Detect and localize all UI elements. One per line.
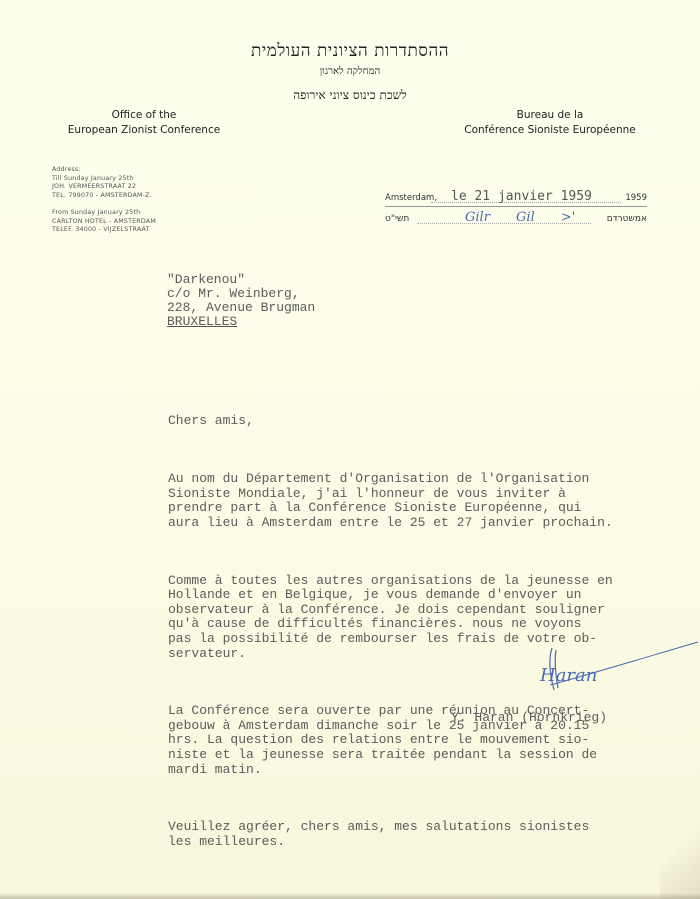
recipient-line: c/o Mr. Weinberg,: [167, 287, 315, 301]
recipient-address: "Darkenou" c/o Mr. Weinberg, 228, Avenue…: [167, 273, 315, 329]
dateline: Amsterdam, le 21 janvier 1959 1959 אמשטר…: [385, 186, 647, 227]
office-en-line-1: Office of the: [54, 108, 234, 123]
office-french-heading: Bureau de la Conférence Sioniste Europée…: [455, 108, 645, 138]
paragraph-opening: La Conférence sera ouverte par une réuni…: [168, 704, 688, 777]
address-label: Address:: [52, 166, 156, 175]
office-fr-line-1: Bureau de la: [455, 108, 645, 123]
office-english-heading: Office of the European Zionist Conferenc…: [54, 108, 234, 138]
recipient-city: BRUXELLES: [167, 315, 315, 329]
address-line: TELEF. 34000 - VIJZELSTRAAT: [52, 226, 156, 235]
handwritten-hebrew-date: Gilr Gil >': [465, 210, 575, 225]
recipient-line: "Darkenou": [167, 273, 315, 287]
handwritten-signature: Haran: [540, 665, 597, 686]
address-line: JOH. VERMEERSTRAAT 22: [52, 183, 156, 192]
hebrew-office: לשכת כינוס ציוני אירופה: [230, 88, 470, 103]
paragraph-closing: Veuillez agréer, chers amis, mes salutat…: [168, 820, 688, 849]
paragraph-observer: Comme à toutes les autres organisations …: [168, 574, 688, 662]
paragraph-invitation: Au nom du Département d'Organisation de …: [168, 472, 688, 530]
letter-page: ההסתדרות הציונית העולמית המחלקה לארגון ל…: [0, 0, 700, 899]
office-fr-line-2: Conférence Sioniste Européenne: [455, 123, 645, 138]
address-line: CARLTON HOTEL - AMSTERDAM: [52, 218, 156, 227]
hebrew-department: המחלקה לארגון: [250, 66, 450, 77]
address-line: Till Sunday January 25th: [52, 175, 156, 184]
address-line: TEL. 799070 - AMSTERDAM-Z.: [52, 192, 156, 201]
hebrew-place-label: אמשטרדם: [607, 214, 647, 224]
letter-body: Chers amis, Au nom du Département d'Orga…: [168, 385, 688, 893]
address-line: From Sunday January 25th: [52, 209, 156, 218]
date-row-hebrew: אמשטרדם Gilr Gil >' תשי"ט: [385, 207, 647, 227]
hebrew-year-label: תשי"ט: [385, 214, 409, 224]
salutation: Chers amis,: [168, 414, 688, 429]
place-label: Amsterdam,: [385, 193, 437, 203]
office-en-line-2: European Zionist Conference: [54, 123, 234, 138]
recipient-line: 228, Avenue Brugman: [167, 301, 315, 315]
paper-bottom-edge: [0, 893, 700, 899]
typed-date: le 21 janvier 1959: [451, 189, 592, 204]
hebrew-organization-title: ההסתדרות הציונית העולמית: [190, 41, 510, 61]
printed-year: 1959: [625, 193, 647, 203]
signatory-name: Y. Haran (Hornkrieg): [451, 710, 607, 725]
paper-corner-shadow: [660, 809, 700, 899]
date-row-latin: Amsterdam, le 21 janvier 1959 1959: [385, 186, 647, 207]
address-block: Address: Till Sunday January 25th JOH. V…: [52, 166, 156, 235]
address-gap: [52, 201, 156, 209]
